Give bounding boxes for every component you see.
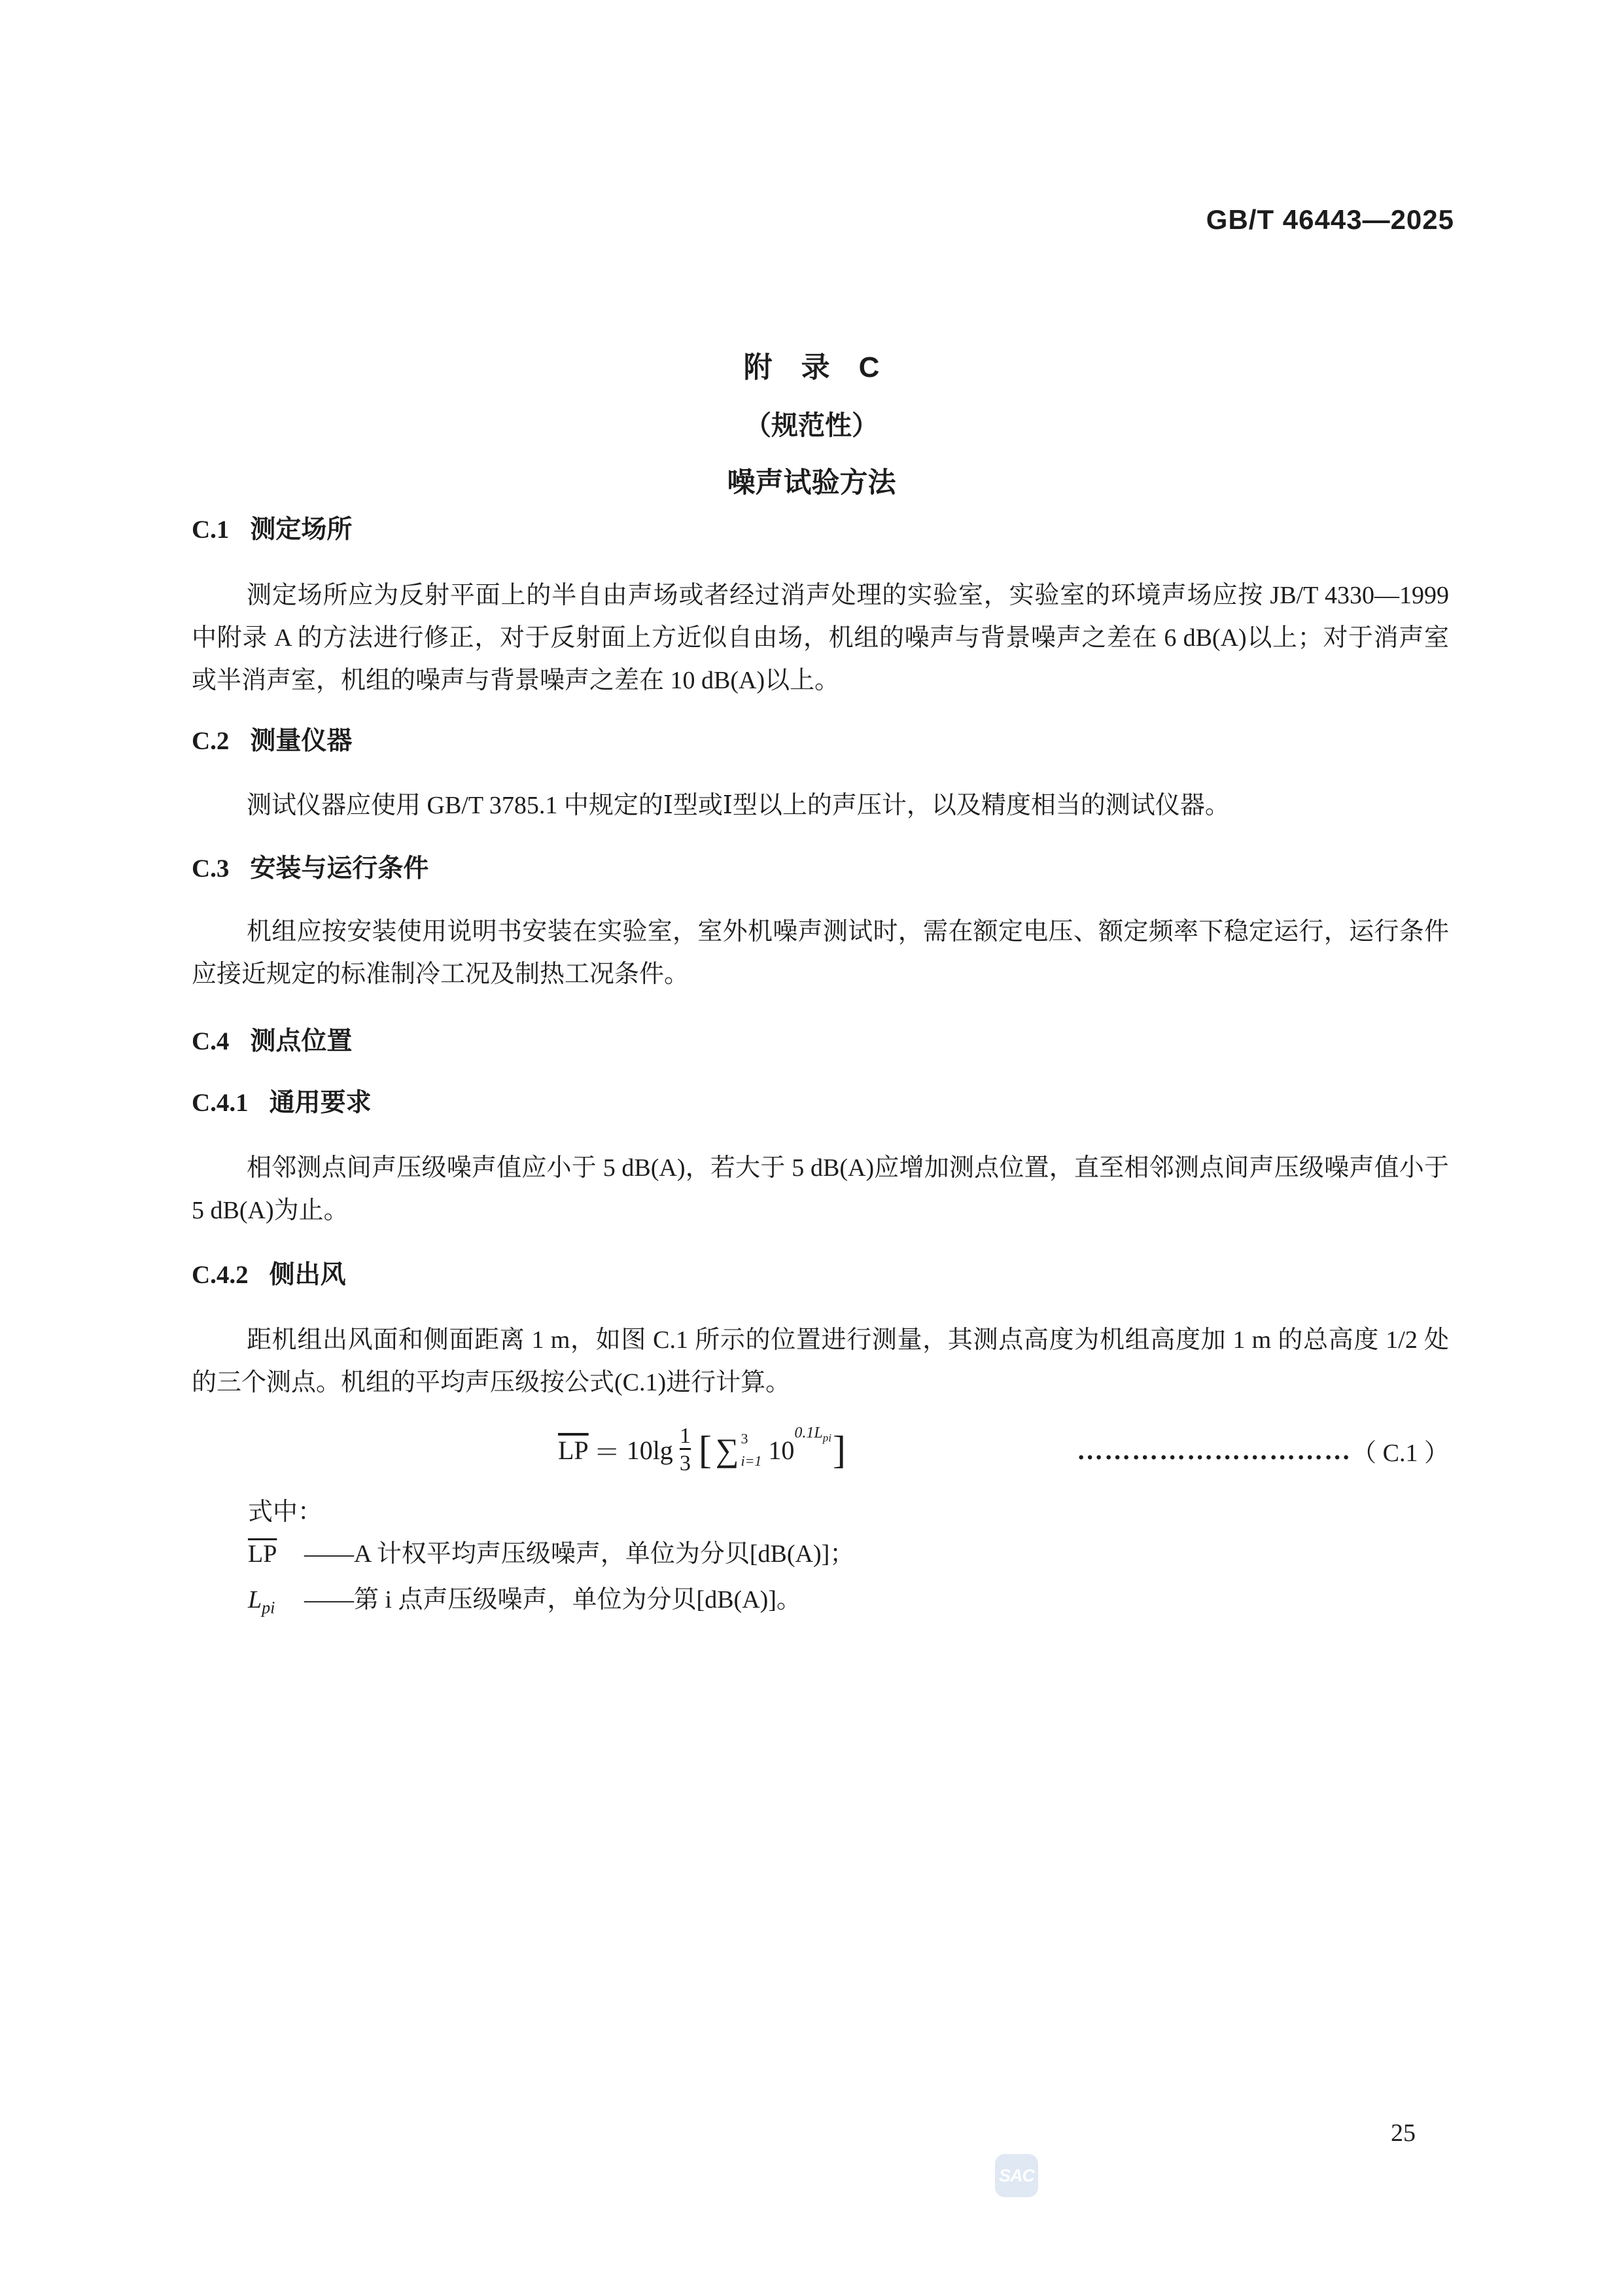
section-number: C.2 [192,727,229,756]
sac-watermark-logo: SAC [995,2154,1038,2197]
section-title: 安装与运行条件 [250,855,428,883]
standard-number: GB/T 46443—2025 [1206,204,1454,236]
where-item-lp: LP——A 计权平均声压级噪声，单位为分贝[dB(A)]； [192,1531,1449,1577]
section-paragraph: 机组应按安装使用说明书安装在实验室，室外机噪声测试时，需在额定电压、额定频率下稳… [192,911,1449,996]
symbol-lp-mean: LP [248,1531,304,1577]
symbol-lpi-description: ——第 i 点声压级噪声，单位为分贝[dB(A)]。 [304,1586,801,1614]
symbol-lpi: Lpi [248,1577,304,1631]
section-paragraph: 测试仪器应使用 GB/T 3785.1 中规定的Ⅰ型或Ⅰ型以上的声压计，以及精度… [192,785,1449,827]
sigma-limits: 3 i=1 [741,1430,761,1470]
equation-c1-row: LP＝10lg 1 3 [ ∑ 3 i=1 10 0.1Lpi ] [192,1408,1449,1492]
section-paragraph: 距机组出风面和侧面距离 1 m，如图 C.1 所示的位置进行测量，其测点高度为机… [192,1319,1449,1404]
section-paragraph: 测定场所应为反射平面上的半自由声场或者经过消声处理的实验室，实验室的环境声场应按… [192,574,1449,702]
appendix-subject: 噪声试验方法 [0,454,1623,512]
section-paragraph: 相邻测点间声压级噪声值应小于 5 dB(A)，若大于 5 dB(A)应增加测点位… [192,1147,1449,1232]
where-label: 式中： [192,1493,1449,1531]
section-heading-c3: C.3 安装与运行条件 [192,855,1449,883]
equation-c1: LP＝10lg 1 3 [ ∑ 3 i=1 10 0.1Lpi ] [558,1424,847,1475]
section-number: C.4 [192,1027,229,1056]
section-title: 测点位置 [250,1027,352,1056]
summation: ∑ 3 i=1 [716,1430,762,1470]
section-heading-c4: C.4 测点位置 [192,1027,1449,1056]
equation-number: （ C.1 ） [1352,1432,1449,1468]
open-bracket: [ [699,1430,712,1470]
section-number: C.4.2 [192,1261,249,1290]
main-content: C.1 测定场所 测定场所应为反射平面上的半自由声场或者经过消声处理的实验室，实… [192,516,1449,1631]
appendix-title-block: 附 录 C （规范性） 噪声试验方法 [0,339,1623,512]
where-item-lpi: Lpi——第 i 点声压级噪声，单位为分贝[dB(A)]。 [192,1577,1449,1631]
equation-coefficient: 10lg [627,1435,673,1466]
section-heading-c4-1: C.4.1 通用要求 [192,1089,1449,1118]
page-number: 25 [1391,2119,1416,2147]
equation-lhs: LP [558,1435,589,1466]
appendix-title: 附 录 C [0,339,1623,397]
symbol-lp-description: ——A 计权平均声压级噪声，单位为分贝[dB(A)]； [304,1540,854,1568]
document-page: GB/T 46443—2025 附 录 C （规范性） 噪声试验方法 C.1 测… [0,0,1623,2296]
section-title: 侧出风 [270,1261,346,1290]
section-heading-c4-2: C.4.2 侧出风 [192,1261,1449,1290]
section-number: C.3 [192,855,229,883]
section-number: C.1 [192,516,229,544]
section-title: 通用要求 [270,1089,372,1118]
fraction-one-third: 1 3 [680,1424,691,1475]
sigma-symbol: ∑ [716,1434,739,1466]
section-number: C.4.1 [192,1089,249,1118]
power-term: 10 0.1Lpi [768,1435,831,1466]
section-heading-c2: C.2 测量仪器 [192,727,1449,756]
close-bracket: ] [833,1430,846,1470]
equals-sign: ＝ [594,1432,620,1469]
section-heading-c1: C.1 测定场所 [192,516,1449,544]
section-title: 测量仪器 [250,727,352,756]
sac-logo-text: SAC [999,2166,1034,2186]
section-title: 测定场所 [250,516,352,544]
dot-leader: ………………………… [867,1435,1352,1466]
appendix-normative-label: （规范性） [0,397,1623,454]
